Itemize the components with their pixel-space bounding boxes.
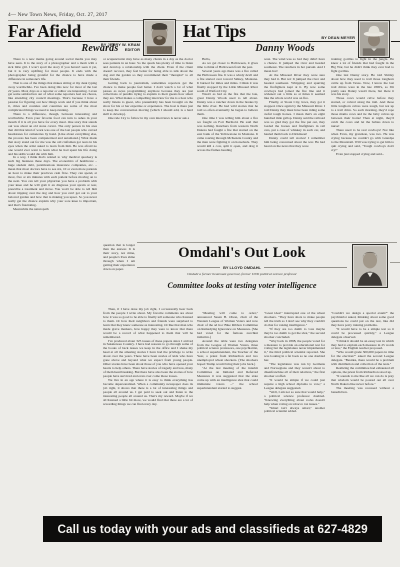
hat-tips-title: Hat Tips [183, 21, 246, 42]
omdahl-top-rule [137, 242, 397, 243]
omdahl-byline-rule-right [264, 267, 347, 268]
newspaper-page: 4— New Town News, Friday, Oct. 27, 2017 … [0, 0, 400, 567]
ads-banner-text: Call us today with your ads and classifi… [57, 522, 367, 536]
meyer-byline: BY DEAN MEYER [300, 36, 355, 41]
page-folio: 4— New Town News, Friday, Oct. 27, 2017 [8, 12, 107, 18]
far-afield-column-2b: question that is longer than the answer.… [103, 244, 135, 305]
ads-banner: Call us today with your ads and classifi… [43, 516, 382, 542]
omdahl-credit: Omdahl a former lieutenant governor, for… [137, 272, 347, 276]
danny-woods-heading: Danny Woods [230, 43, 340, 54]
hat-tips-column-1: Hello,As we get closer to Halloween, it … [197, 58, 258, 242]
far-afield-title: Far Afield [8, 21, 81, 42]
hat-tips-column-2: west. The wind was so bad they didn't ha… [264, 58, 325, 242]
omdahl-photo [352, 244, 388, 288]
meyer-portrait-icon [360, 22, 388, 56]
far-afield-column-2a: or acupuncturist may have as many client… [103, 58, 193, 241]
meyer-photo [358, 20, 390, 58]
far-afield-column-1: There is a new meme going around social … [8, 58, 97, 505]
omdahl-column-2: "Great idea!" interrupted one of the whe… [264, 312, 325, 505]
omdahl-byline-row: BY LLOYD OMDAHL [137, 265, 347, 270]
omdahl-byline-rule-left [137, 267, 220, 268]
omdahl-portrait-icon [354, 246, 386, 286]
kram-portrait-icon [145, 21, 174, 54]
omdahl-column-3: "Couldn't we design a special exam?" the… [331, 312, 394, 505]
far-afield-column-2c: Then, if I have done my job right, I occ… [103, 308, 193, 505]
omdahl-byline: BY LLOYD OMDAHL [220, 265, 264, 270]
omdahl-photo-rule [390, 262, 400, 263]
omdahl-deck-headline: Committee looks at testing voter intelli… [137, 281, 347, 290]
rewards-heading: Rewards [52, 43, 148, 54]
hat-tips-rule-right [391, 41, 400, 43]
hat-tips-column-3: training gorillas to fight in the jungle… [331, 58, 394, 242]
omdahl-title: Omdahl's Out Look [137, 245, 347, 262]
omdahl-column-1: "Meeting will come to order," announced … [197, 312, 258, 505]
